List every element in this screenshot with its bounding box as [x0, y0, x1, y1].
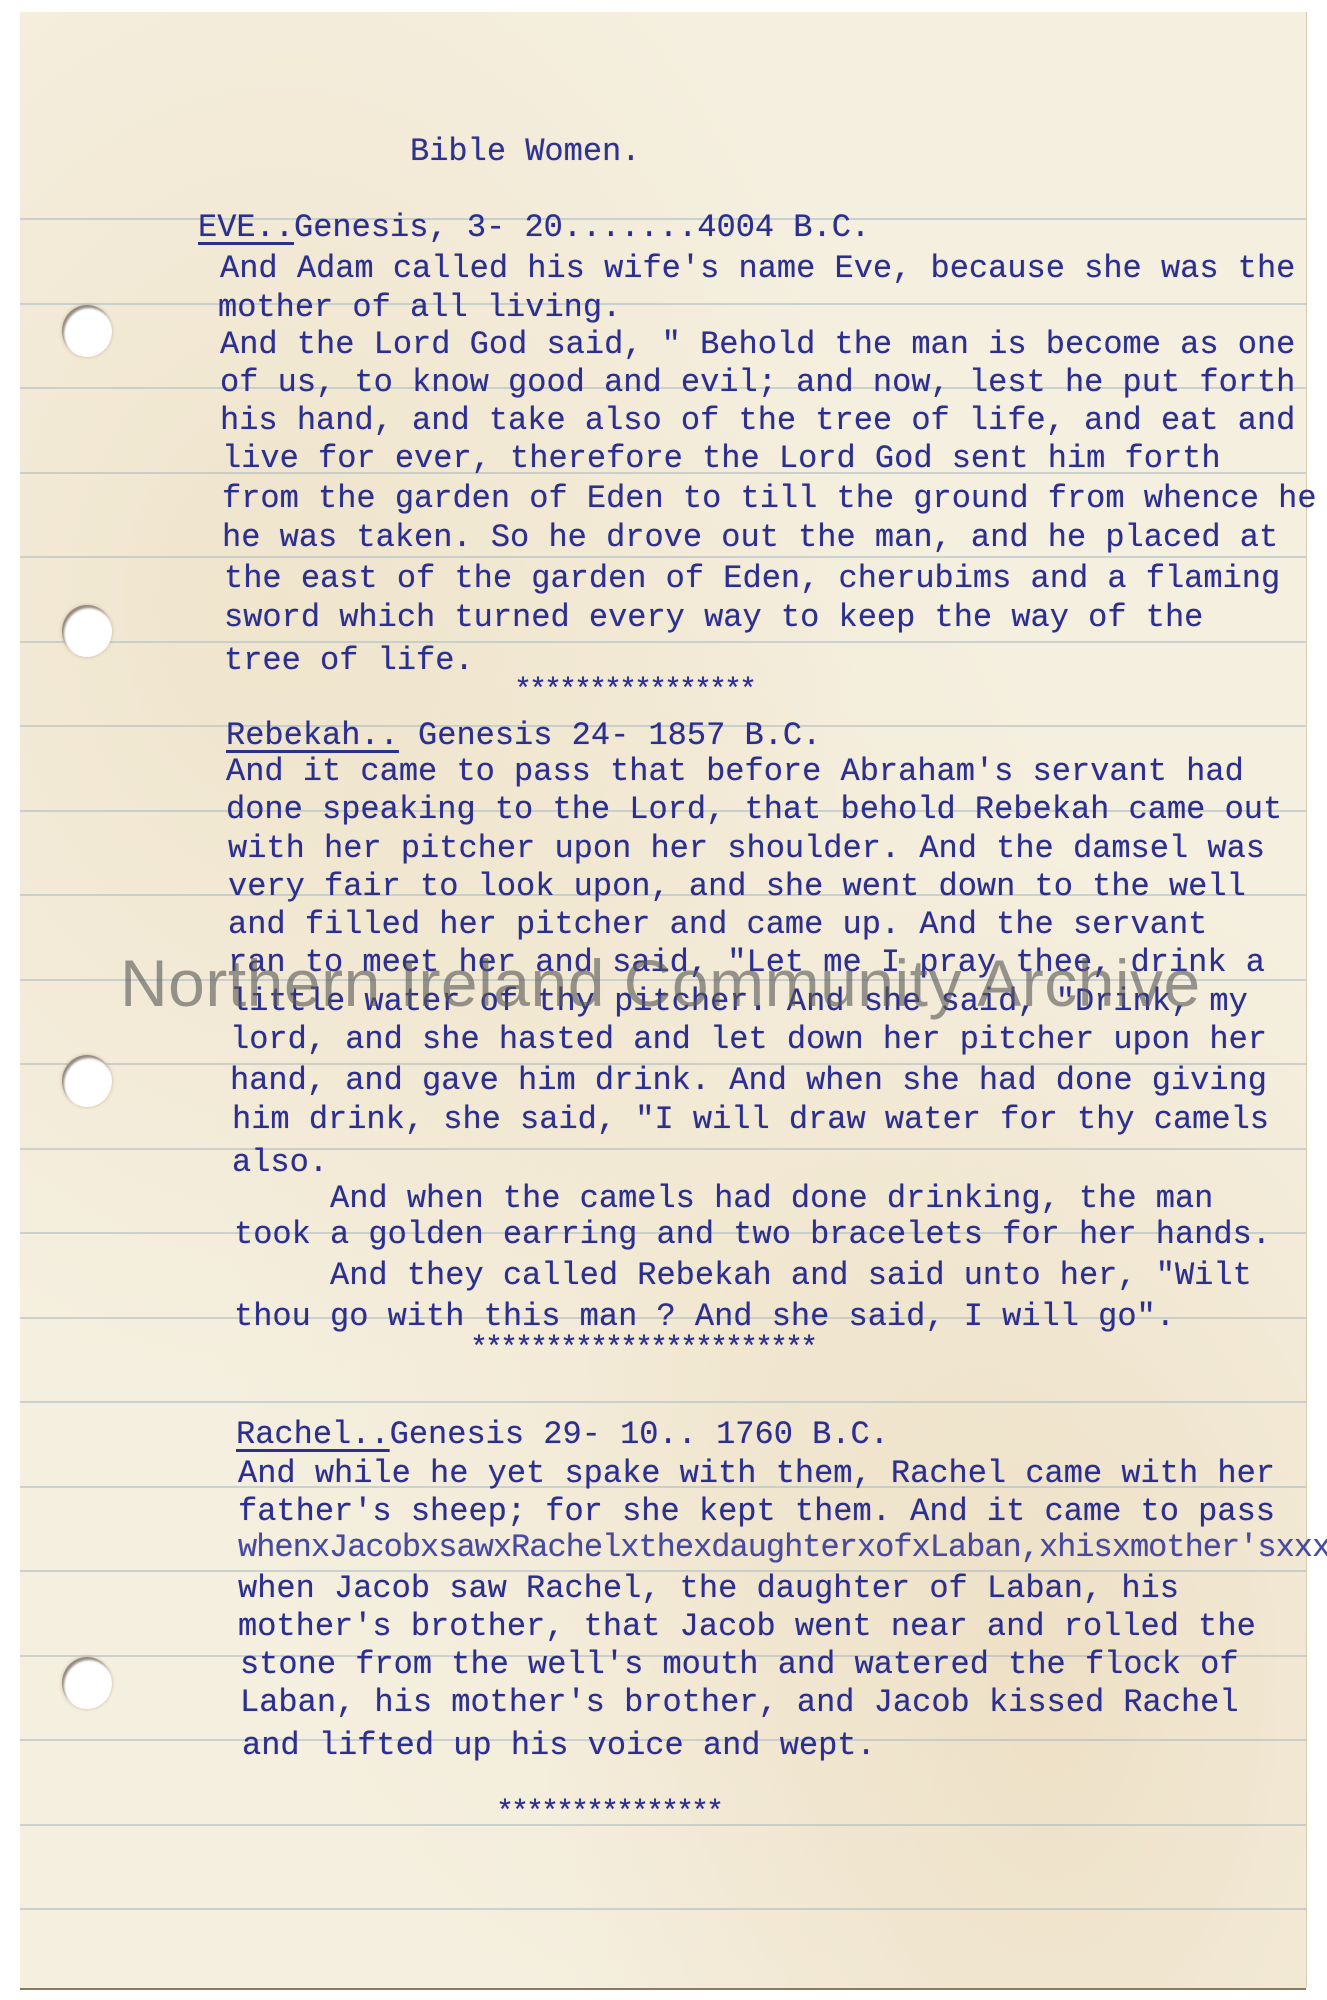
ruled-line: [20, 1148, 1306, 1150]
text-line: the east of the garden of Eden, cherubim…: [224, 563, 1280, 595]
text-line: done speaking to the Lord, that behold R…: [226, 794, 1282, 826]
page-title: Bible Women.: [410, 136, 640, 168]
text-line: Laban, his mother's brother, and Jacob k…: [240, 1687, 1239, 1719]
section-reference: Genesis, 3- 20.......4004 B.C.: [294, 209, 870, 246]
section-name: EVE..: [198, 209, 294, 246]
ruled-line: [20, 556, 1306, 558]
text-line: father's sheep; for she kept them. And i…: [238, 1496, 1275, 1528]
text-line: his hand, and take also of the tree of l…: [220, 405, 1295, 437]
section-heading: Rebekah.. Genesis 24- 1857 B.C.: [226, 720, 821, 752]
text-line: from the garden of Eden to till the grou…: [222, 483, 1317, 515]
punch-hole: [62, 1657, 112, 1709]
text-line: And Adam called his wife's name Eve, bec…: [220, 253, 1295, 285]
text-line: And while he yet spake with them, Rachel…: [238, 1458, 1275, 1490]
text-line: and filled her pitcher and came up. And …: [228, 909, 1207, 941]
text-line: And it came to pass that before Abraham'…: [226, 756, 1244, 788]
text-line: thou go with this man ? And she said, I …: [234, 1301, 1175, 1333]
punch-hole: [62, 605, 112, 657]
archive-watermark: Northern Ireland Community Archive: [120, 950, 1201, 1016]
section-separator: ****************: [514, 675, 754, 707]
section-heading: Rachel..Genesis 29- 10.. 1760 B.C.: [236, 1419, 889, 1451]
text-line: also.: [232, 1147, 328, 1179]
punch-hole: [62, 305, 112, 357]
ruled-line: [20, 303, 1306, 305]
ruled-line: [20, 1401, 1306, 1403]
text-line: very fair to look upon, and she went dow…: [228, 871, 1246, 903]
text-line: And they called Rebekah and said unto he…: [234, 1260, 1252, 1292]
struck-out-line: whenxJacobxsawxRachelxthexdaughterxofxLa…: [238, 1532, 1327, 1564]
text-line: and lifted up his voice and wept.: [242, 1730, 876, 1762]
ruled-line: [20, 641, 1306, 643]
ruled-line: [20, 1908, 1306, 1910]
section-name: Rachel..: [236, 1416, 390, 1453]
section-name: Rebekah..: [226, 717, 399, 754]
text-line: And when the camels had done drinking, t…: [234, 1183, 1213, 1215]
text-line: tree of life.: [224, 645, 474, 677]
text-line: him drink, she said, "I will draw water …: [232, 1104, 1269, 1136]
text-line: And the Lord God said, " Behold the man …: [220, 329, 1295, 361]
text-line: mother's brother, that Jacob went near a…: [238, 1611, 1256, 1643]
text-line: he was taken. So he drove out the man, a…: [222, 522, 1278, 554]
section-reference: Genesis 24- 1857 B.C.: [399, 717, 821, 754]
text-line: lord, and she hasted and let down her pi…: [230, 1024, 1267, 1056]
punch-hole: [62, 1055, 112, 1107]
text-line: when Jacob saw Rachel, the daughter of L…: [238, 1573, 1179, 1605]
section-separator: ***************: [496, 1797, 721, 1829]
section-heading: EVE..Genesis, 3- 20.......4004 B.C.: [198, 212, 870, 244]
text-line: mother of all living.: [218, 292, 621, 324]
section-reference: Genesis 29- 10.. 1760 B.C.: [390, 1416, 889, 1453]
text-line: took a golden earring and two bracelets …: [234, 1219, 1271, 1251]
text-line: with her pitcher upon her shoulder. And …: [228, 833, 1265, 865]
text-line: live for ever, therefore the Lord God se…: [222, 443, 1221, 475]
text-line: stone from the well's mouth and watered …: [240, 1649, 1239, 1681]
text-line: sword which turned every way to keep the…: [224, 602, 1203, 634]
section-separator: ***********************: [470, 1333, 815, 1365]
text-line: of us, to know good and evil; and now, l…: [220, 367, 1295, 399]
text-line: hand, and gave him drink. And when she h…: [230, 1065, 1267, 1097]
